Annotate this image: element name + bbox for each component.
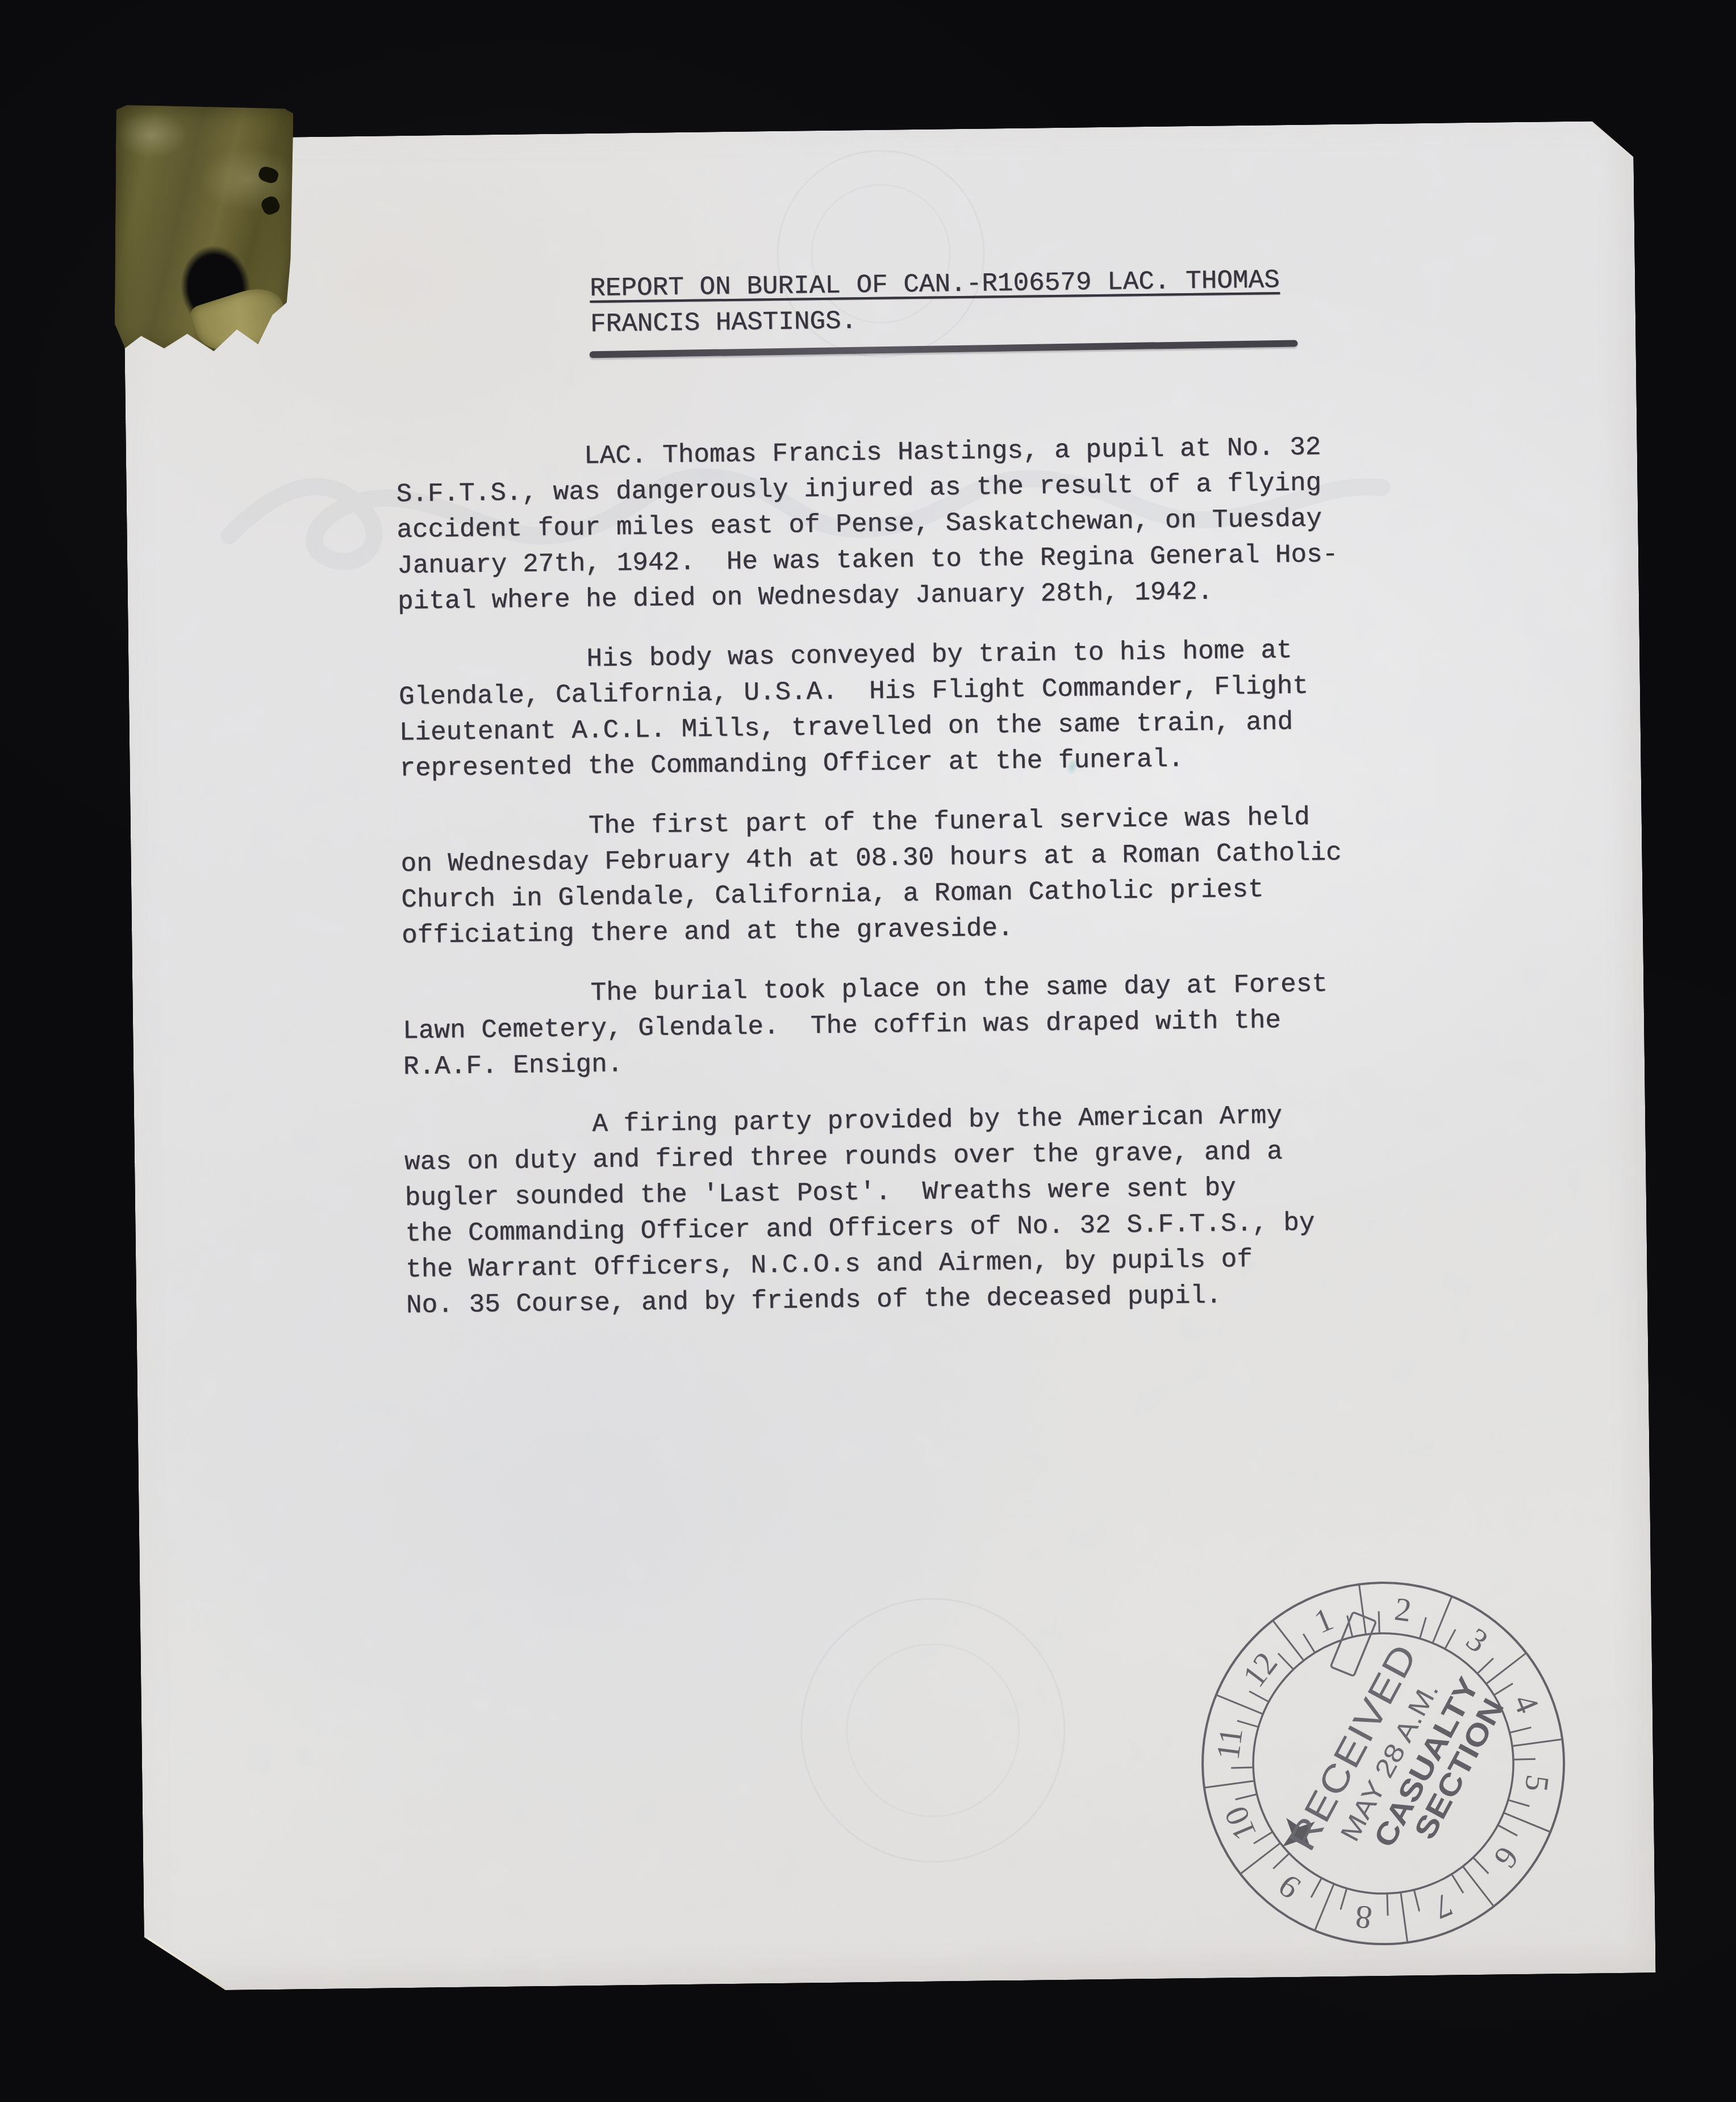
tape-residue — [114, 105, 293, 352]
paragraph-funeral-service: The first part of the funeral service wa… — [400, 799, 1379, 954]
svg-text:5: 5 — [1518, 1772, 1556, 1794]
svg-text:3: 3 — [1459, 1620, 1495, 1659]
tape-speck — [260, 194, 282, 217]
svg-text:9: 9 — [1271, 1867, 1307, 1907]
scanner-background: REPORT ON BURIAL OF CAN.-R106579 LAC. TH… — [0, 0, 1736, 2102]
report-title: REPORT ON BURIAL OF CAN.-R106579 LAC. TH… — [590, 262, 1300, 343]
paragraph-conveyance: His body was conveyed by train to his ho… — [398, 632, 1377, 787]
paragraph-accident: LAC. Thomas Francis Hastings, a pupil at… — [396, 429, 1375, 620]
svg-text:1: 1 — [1309, 1600, 1338, 1641]
svg-text:10: 10 — [1217, 1801, 1263, 1846]
svg-text:8: 8 — [1353, 1898, 1374, 1937]
document-page: REPORT ON BURIAL OF CAN.-R106579 LAC. TH… — [122, 121, 1656, 1991]
svg-text:4: 4 — [1506, 1689, 1546, 1719]
paragraph-burial: The burial took place on the same day at… — [402, 966, 1380, 1085]
tape-speck — [257, 165, 279, 185]
svg-text:2: 2 — [1392, 1590, 1413, 1629]
folded-corner-top-right — [1591, 121, 1634, 159]
svg-text:6: 6 — [1487, 1840, 1526, 1875]
received-stamp: 123456789101112 RECEIVED MAY 28 A.M. CAS… — [1193, 1574, 1573, 1953]
title-underline-rule — [590, 340, 1298, 358]
folded-corner-bottom-left — [145, 1934, 231, 1992]
report-body: LAC. Thomas Francis Hastings, a pupil at… — [396, 429, 1384, 1348]
svg-text:11: 11 — [1209, 1726, 1250, 1762]
paragraph-firing-party: A firing party provided by the American … — [404, 1097, 1383, 1324]
stamp-time-box — [1330, 1612, 1376, 1676]
svg-text:7: 7 — [1429, 1886, 1458, 1926]
